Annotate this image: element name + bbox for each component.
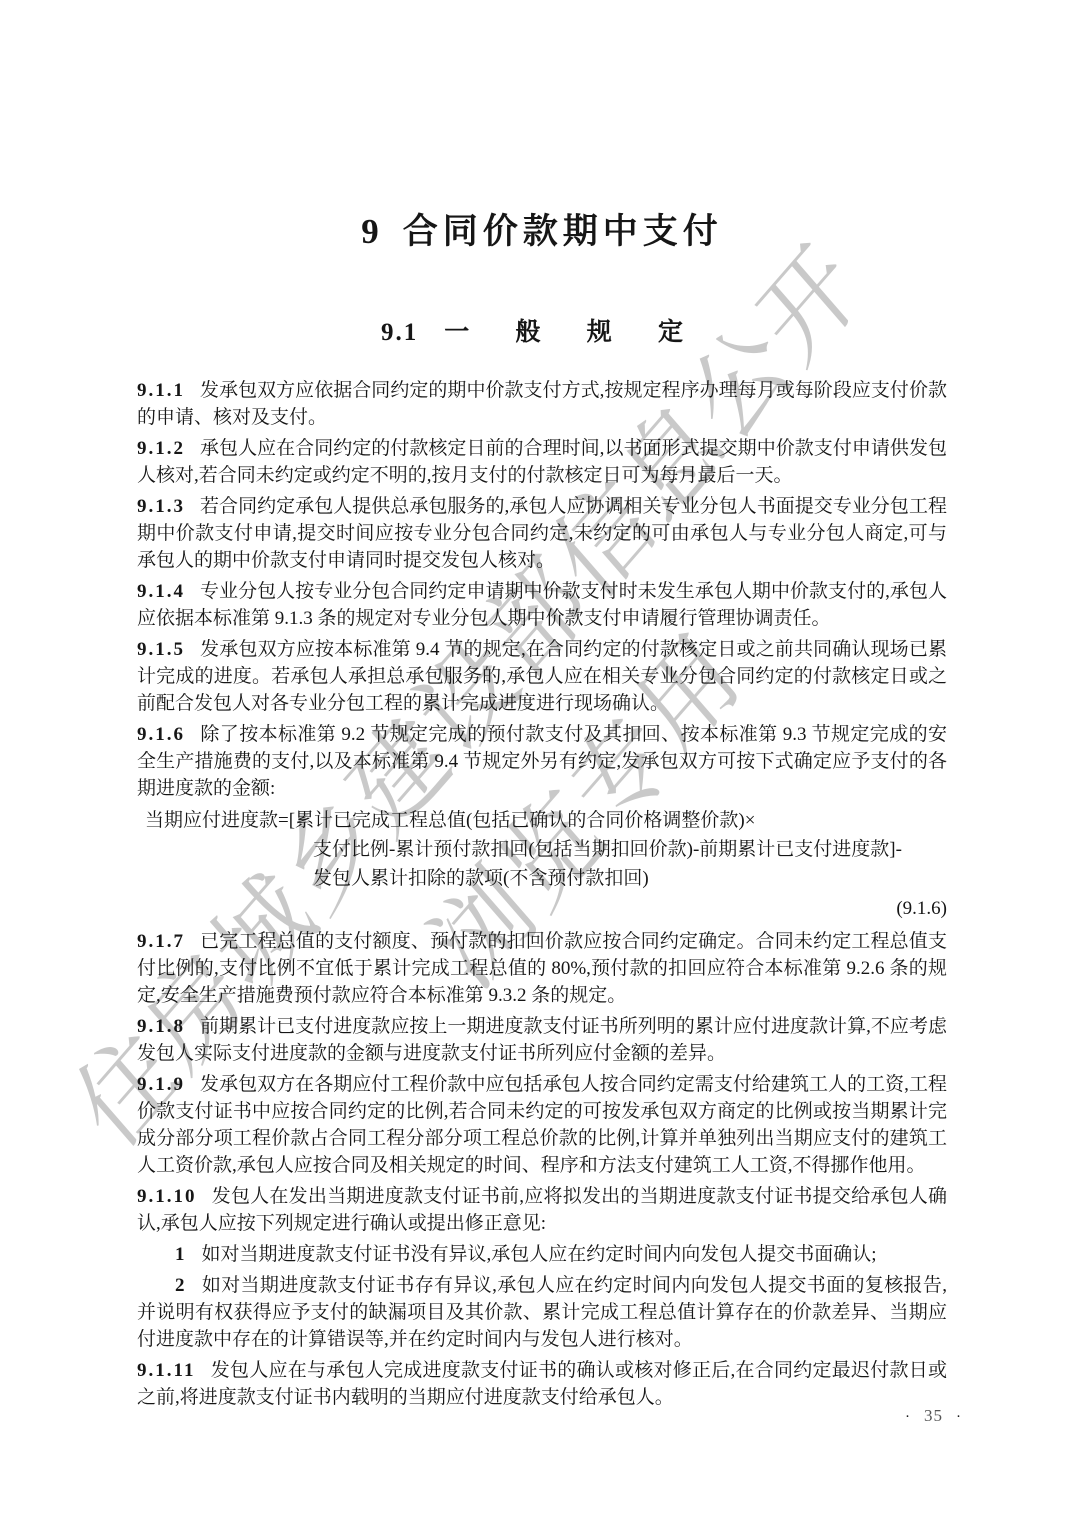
clause-9-1-6: 9.1.6除了按本标准第 9.2 节规定完成的预付款支付及其扣回、按本标准第 9…: [137, 721, 947, 802]
clause-label: 9.1.1: [137, 380, 185, 401]
formula-line-2: 支付比例-累计预付款扣回(包括当期扣回价款)-前期累计已支付进度款]-: [313, 835, 947, 864]
clause-label: 9.1.10: [137, 1186, 197, 1207]
clause-text: 若合同约定承包人提供总承包服务的,承包人应协调相关专业分包人书面提交专业分包工程…: [137, 496, 947, 571]
list-item-1: 1如对当期进度款支付证书没有异议,承包人应在约定时间内向发包人提交书面确认;: [137, 1241, 947, 1268]
clause-text: 发承包双方应按本标准第 9.4 节的规定,在合同约定的付款核定日或之前共同确认现…: [137, 639, 947, 714]
clause-label: 9.1.6: [137, 724, 185, 745]
clause-label: 9.1.8: [137, 1016, 185, 1037]
clause-9-1-11: 9.1.11发包人应在与承包人完成进度款支付证书的确认或核对修正后,在合同约定最…: [137, 1357, 947, 1411]
formula-line-3: 发包人累计扣除的款项(不含预付款扣回): [313, 864, 947, 893]
clause-text: 专业分包人按专业分包合同约定申请期中价款支付时未发生承包人期中价款支付的,承包人…: [137, 581, 947, 629]
page-number: 35: [924, 1406, 943, 1425]
clause-text: 发承包双方应依据合同约定的期中价款支付方式,按规定程序办理每月或每阶段应支付价款…: [137, 380, 947, 428]
clause-label: 9.1.9: [137, 1074, 185, 1095]
clause-label: 9.1.2: [137, 438, 185, 459]
formula-line-1: 当期应付进度款=[累计已完成工程总值(包括已确认的合同价格调整价款)×: [145, 806, 947, 835]
item-text: 如对当期进度款支付证书没有异议,承包人应在约定时间内向发包人提交书面确认;: [202, 1244, 877, 1265]
clause-text: 发承包双方在各期应付工程价款中应包括承包人按合同约定需支付给建筑工人的工资,工程…: [137, 1074, 947, 1176]
formula-block: 当期应付进度款=[累计已完成工程总值(包括已确认的合同价格调整价款)× 支付比例…: [137, 806, 947, 922]
item-text: 如对当期进度款支付证书存有异议,承包人应在约定时间内向发包人提交书面的复核报告,…: [137, 1275, 947, 1350]
clause-9-1-5: 9.1.5发承包双方应按本标准第 9.4 节的规定,在合同约定的付款核定日或之前…: [137, 636, 947, 717]
clause-text: 已完工程总值的支付额度、预付款的扣回价款应按合同约定确定。合同未约定工程总值支付…: [137, 931, 947, 1006]
clause-label: 9.1.4: [137, 581, 185, 602]
clause-9-1-1: 9.1.1发承包双方应依据合同约定的期中价款支付方式,按规定程序办理每月或每阶段…: [137, 377, 947, 431]
clause-label: 9.1.3: [137, 496, 185, 517]
clause-9-1-4: 9.1.4专业分包人按专业分包合同约定申请期中价款支付时未发生承包人期中价款支付…: [137, 578, 947, 632]
section-title-text: 一 般 规 定: [444, 319, 703, 346]
item-number: 2: [175, 1275, 187, 1296]
clause-9-1-2: 9.1.2承包人应在合同约定的付款核定日前的合理时间,以书面形式提交期中价款支付…: [137, 435, 947, 489]
clause-text: 除了按本标准第 9.2 节规定完成的预付款支付及其扣回、按本标准第 9.3 节规…: [137, 724, 947, 799]
clause-text: 承包人应在合同约定的付款核定日前的合理时间,以书面形式提交期中价款支付申请供发包…: [137, 438, 947, 486]
document-body: 9.1.1发承包双方应依据合同约定的期中价款支付方式,按规定程序办理每月或每阶段…: [137, 377, 947, 1415]
clause-9-1-3: 9.1.3若合同约定承包人提供总承包服务的,承包人应协调相关专业分包人书面提交专…: [137, 493, 947, 574]
clause-9-1-7: 9.1.7已完工程总值的支付额度、预付款的扣回价款应按合同约定确定。合同未约定工…: [137, 928, 947, 1009]
clause-label: 9.1.5: [137, 639, 185, 660]
list-item-2: 2如对当期进度款支付证书存有异议,承包人应在约定时间内向发包人提交书面的复核报告…: [137, 1272, 947, 1353]
item-number: 1: [175, 1244, 187, 1265]
clause-9-1-10: 9.1.10发包人在发出当期进度款支付证书前,应将拟发出的当期进度款支付证书提交…: [137, 1183, 947, 1237]
clause-text: 前期累计已支付进度款应按上一期进度款支付证书所列明的累计应付进度款计算,不应考虑…: [137, 1016, 947, 1064]
footer-right-dot: ·: [956, 1409, 962, 1425]
footer-left-dot: ·: [905, 1409, 911, 1425]
clause-text: 发包人应在与承包人完成进度款支付证书的确认或核对修正后,在合同约定最迟付款日或之…: [137, 1360, 947, 1408]
clause-text: 发包人在发出当期进度款支付证书前,应将拟发出的当期进度款支付证书提交给承包人确认…: [137, 1186, 947, 1234]
clause-label: 9.1.7: [137, 931, 185, 952]
clause-label: 9.1.11: [137, 1360, 195, 1381]
clause-9-1-9: 9.1.9发承包双方在各期应付工程价款中应包括承包人按合同约定需支付给建筑工人的…: [137, 1071, 947, 1179]
chapter-title: 9合同价款期中支付: [137, 204, 947, 254]
chapter-title-text: 合同价款期中支付: [403, 212, 723, 251]
chapter-number: 9: [361, 212, 379, 251]
page-footer: ·35·: [905, 1406, 962, 1426]
section-number: 9.1: [381, 319, 418, 346]
formula-reference-number: (9.1.6): [137, 895, 947, 922]
section-title: 9.1一 般 规 定: [137, 312, 947, 348]
clause-9-1-8: 9.1.8前期累计已支付进度款应按上一期进度款支付证书所列明的累计应付进度款计算…: [137, 1013, 947, 1067]
